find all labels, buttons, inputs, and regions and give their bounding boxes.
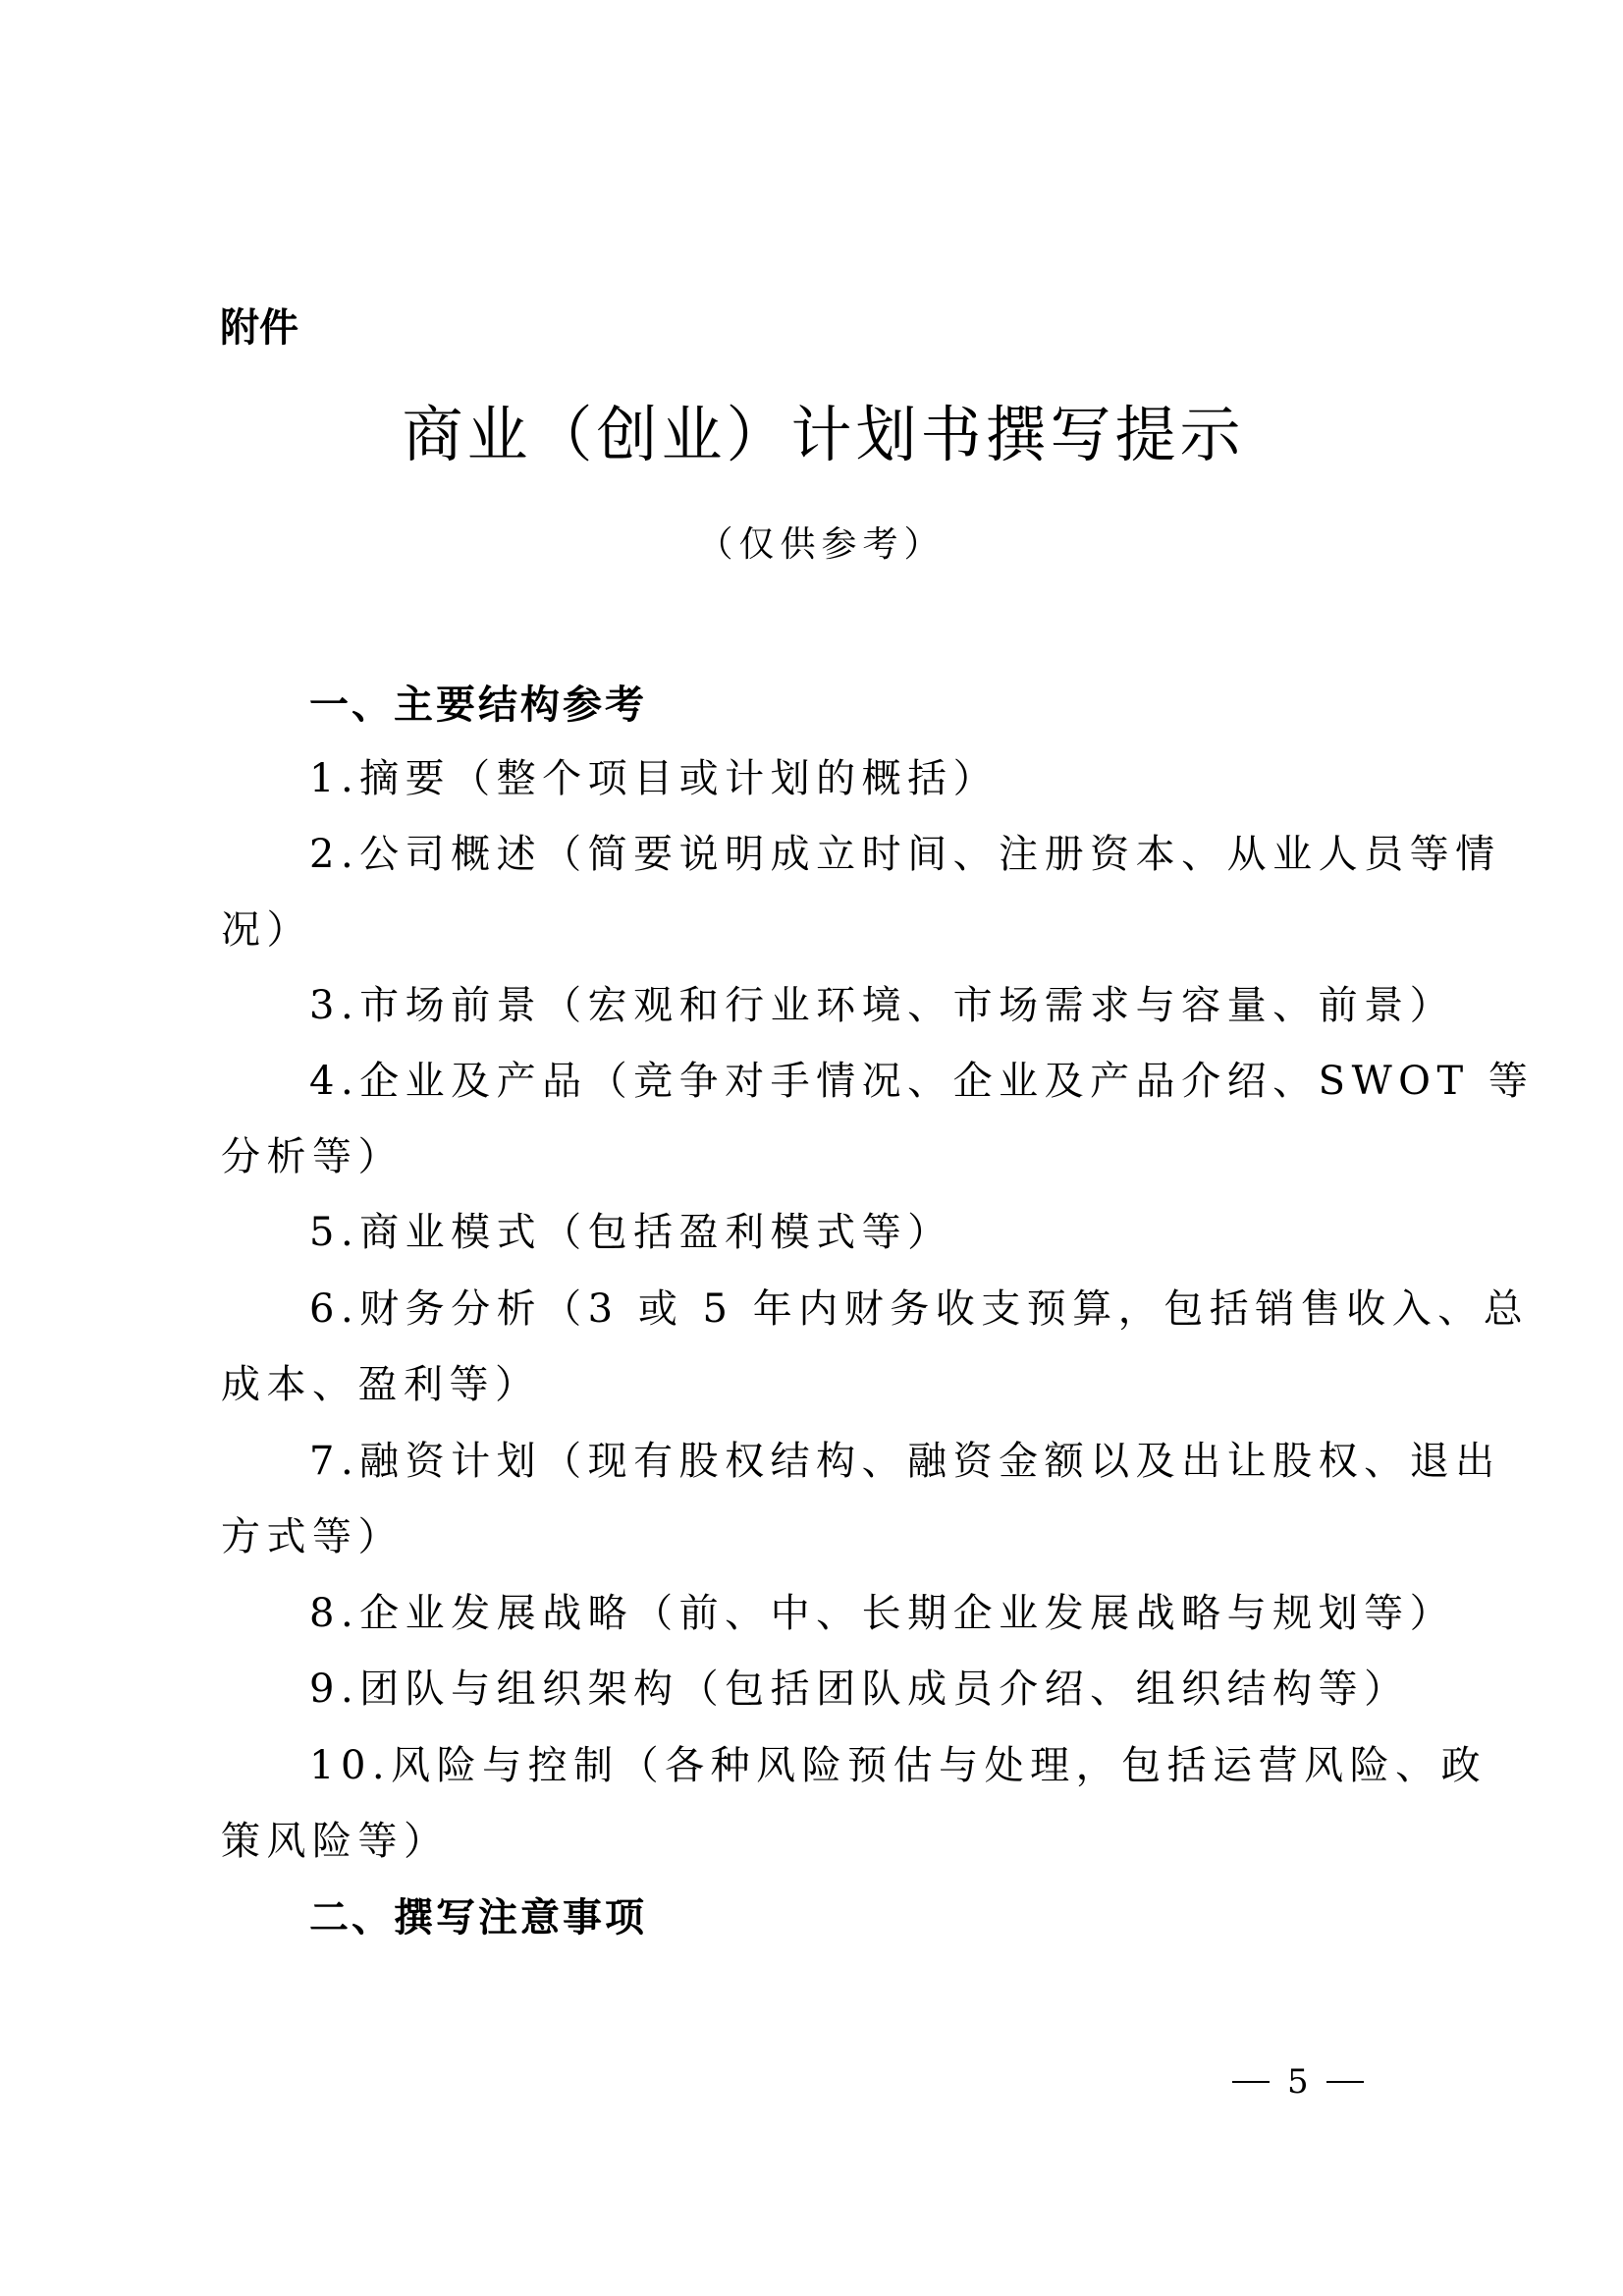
list-item-10-continuation: 策风险等） [221,1817,1421,1866]
list-item-4-continuation: 分析等） [221,1132,1421,1181]
page-number: 5 [1232,2060,1364,2104]
document-title: 商业（创业）计划书撰写提示 [0,398,1623,472]
list-item-10: 10.风险与控制（各种风险预估与处理，包括运营风险、政 [221,1741,1421,1790]
list-item-7: 7.融资计划（现有股权结构、融资金额以及出让股权、退出 [221,1437,1421,1486]
page-number-value: 5 [1287,2060,1309,2104]
list-item-2: 2.公司概述（简要说明成立时间、注册资本、从业人员等情 [221,830,1421,879]
list-item-3: 3.市场前景（宏观和行业环境、市场需求与容量、前景） [221,981,1421,1030]
list-item-6: 6.财务分析（3 或 5 年内财务收支预算，包括销售收入、总 [221,1285,1421,1334]
list-item-4: 4.企业及产品（竞争对手情况、企业及产品介绍、SWOT 等 [221,1057,1421,1106]
section-heading-2: 二、撰写注意事项 [221,1893,1421,1942]
list-item-5: 5.商业模式（包括盈利模式等） [221,1208,1421,1257]
document-page: 附件 商业（创业）计划书撰写提示 （仅供参考） 一、主要结构参考 1.摘要（整个… [0,0,1623,2296]
dash-right [1326,2081,1364,2083]
document-subtitle: （仅供参考） [0,520,1623,570]
annex-label: 附件 [220,302,298,354]
list-item-7-continuation: 方式等） [221,1512,1421,1561]
list-item-8: 8.企业发展战略（前、中、长期企业发展战略与规划等） [221,1589,1421,1638]
list-item-2-continuation: 况） [221,905,1421,955]
list-item-1: 1.摘要（整个项目或计划的概括） [221,754,1421,803]
dash-left [1232,2081,1270,2083]
list-item-9: 9.团队与组织架构（包括团队成员介绍、组织结构等） [221,1665,1421,1714]
list-item-6-continuation: 成本、盈利等） [221,1360,1421,1409]
section-heading-1: 一、主要结构参考 [221,681,1421,730]
